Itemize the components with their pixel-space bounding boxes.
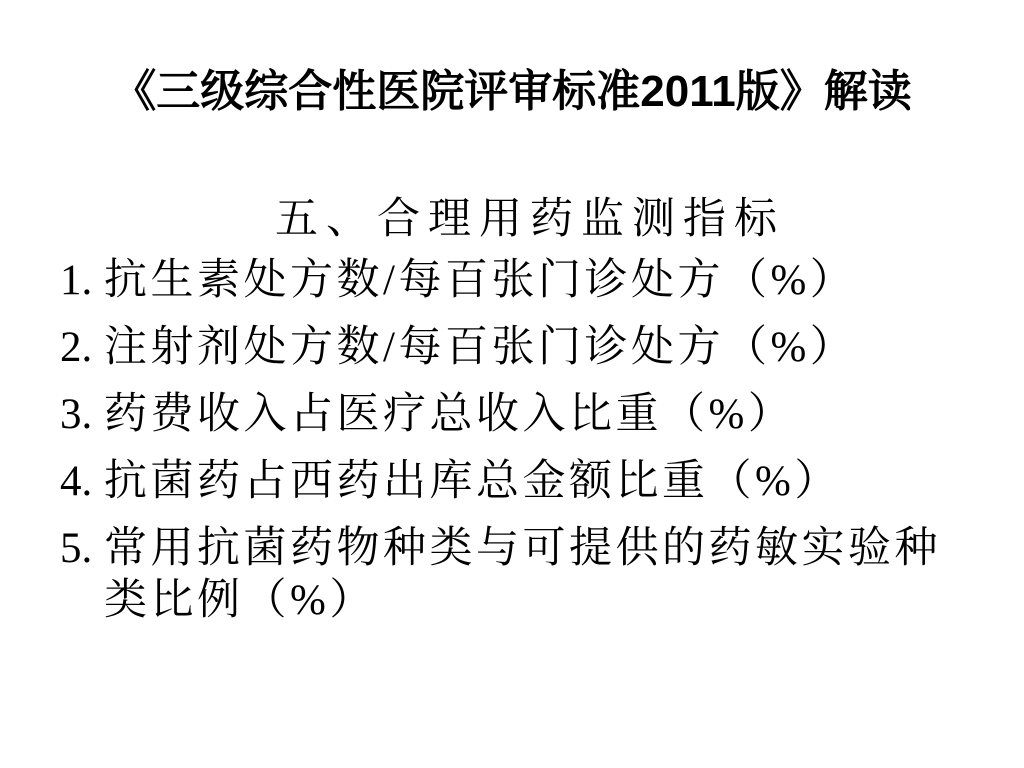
indicator-list: 1. 抗生素处方数/每百张门诊处方（%） 2. 注射剂处方数/每百张门诊处方（%… [60, 255, 950, 642]
list-item-text: 抗菌药占西药出库总金额比重（%） [104, 456, 950, 508]
list-item-text: 常用抗菌药物种类与可提供的药敏实验种类比例（%） [104, 523, 950, 627]
list-item-number: 3. [60, 389, 104, 441]
list-item-number: 4. [60, 456, 104, 508]
list-item: 5. 常用抗菌药物种类与可提供的药敏实验种类比例（%） [60, 523, 950, 627]
list-item-text: 注射剂处方数/每百张门诊处方（%） [104, 322, 950, 374]
list-item: 2. 注射剂处方数/每百张门诊处方（%） [60, 322, 950, 374]
slide-subtitle: 五、合理用药监测指标 [0, 196, 1024, 244]
list-item-number: 1. [60, 255, 104, 307]
list-item-number: 2. [60, 322, 104, 374]
list-item: 3. 药费收入占医疗总收入比重（%） [60, 389, 950, 441]
list-item-text: 抗生素处方数/每百张门诊处方（%） [104, 255, 950, 307]
presentation-slide: 《三级综合性医院评审标准2011版》解读 五、合理用药监测指标 1. 抗生素处方… [0, 0, 1024, 768]
list-item: 1. 抗生素处方数/每百张门诊处方（%） [60, 255, 950, 307]
list-item-text: 药费收入占医疗总收入比重（%） [104, 389, 950, 441]
list-item: 4. 抗菌药占西药出库总金额比重（%） [60, 456, 950, 508]
slide-title: 《三级综合性医院评审标准2011版》解读 [0, 66, 1024, 118]
list-item-number: 5. [60, 523, 104, 575]
